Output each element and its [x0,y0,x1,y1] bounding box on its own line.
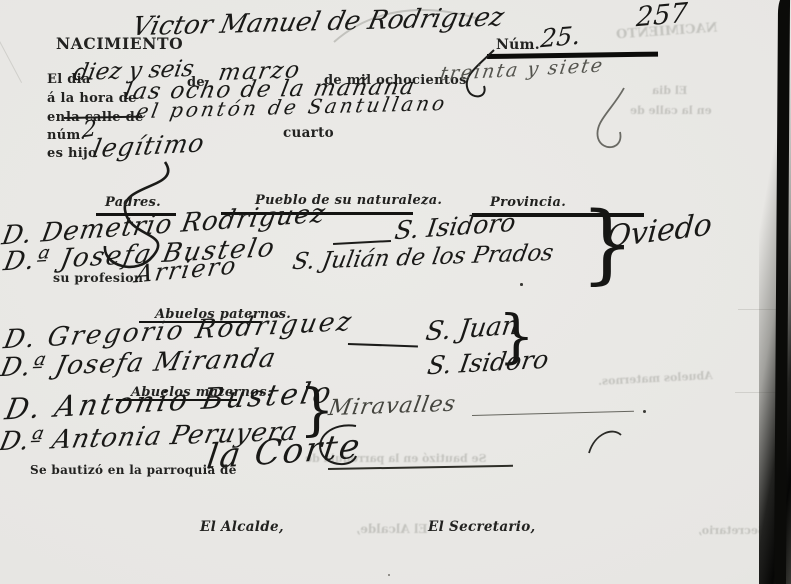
ink-dash [348,343,418,347]
paternal-grandmother-pueblo-entry: S. Isidoro [425,345,550,381]
filiation-label: es hijo [47,146,97,161]
baptism-label: Se bautizó en la parroquia de [30,463,237,477]
bleed-through-text: Abuelos maternos. [598,369,713,388]
num-label: Núm. [496,37,540,53]
ink-dash [333,240,391,245]
birth-record-page: NACIMIENTO El dia en la calle de Abuelos… [0,0,791,584]
ink-line [472,411,634,416]
bleed-through-text: El dia [652,84,687,97]
ink-flourish [585,425,623,457]
folio-page-number: 257 [635,0,688,33]
ink-flourish [590,84,632,156]
ink-speck [643,410,646,413]
floor-label: cuarto [283,125,334,141]
profession-label: su profesion [53,270,143,285]
ink-speck [388,574,390,576]
corner-crease [0,26,22,83]
ink-speck [520,283,523,286]
place-label-prefix: en [47,110,65,125]
bleed-through-text: en la calle de [630,104,712,117]
num-entry: 25. [539,21,581,54]
number-label: núm. [47,128,85,143]
column-header-padres: Padres. [105,195,161,210]
bleed-through-text: El Alcalde, [356,522,428,536]
maternal-grandfather-pueblo-entry: Miravalles [327,392,458,422]
alcalde-signature-label: El Alcalde, [200,519,284,535]
mother-pueblo-entry: S. Julián de los Prados [290,240,555,275]
secretario-signature-label: El Secretario, [428,519,536,535]
